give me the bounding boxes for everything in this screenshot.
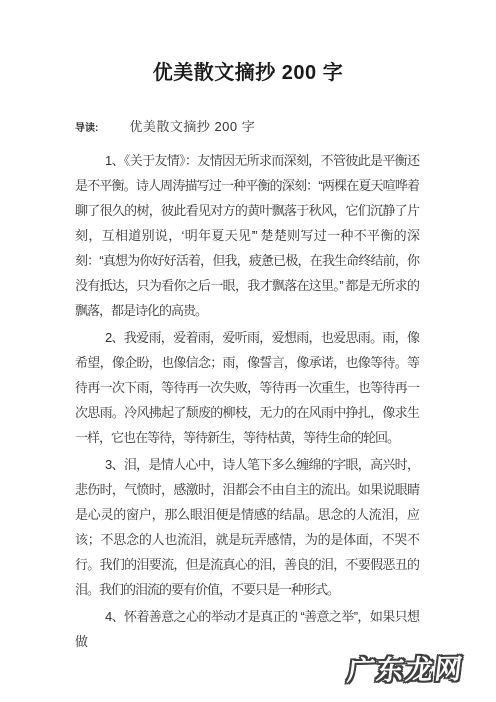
lead-row: 导读: 优美散文摘抄 200 字 — [75, 116, 419, 135]
body-paragraph: 3、泪，是情人心中，诗人笔下多么缠绵的字眼，高兴时，悲伤时，气愤时，感激时，泪都… — [75, 452, 419, 602]
body-paragraph: 2、我爱雨，爱着雨，爱听雨，爱想雨，也爱思雨。雨，像希望，像企盼，也像信念；雨，… — [75, 325, 419, 450]
article-body: 1、《关于友情》：友情因无所求而深刻，不管彼此是平衡还是不平衡。诗人周涛描写过一… — [75, 148, 419, 654]
body-paragraph: 4、怀着善意之心的举动才是真正的 “善意之举”，如果只想做 — [75, 604, 419, 654]
page-title: 优美散文摘抄 200 字 — [0, 58, 496, 88]
body-paragraph: 1、《关于友情》：友情因无所求而深刻，不管彼此是平衡还是不平衡。诗人周涛描写过一… — [75, 148, 419, 323]
document-page: 优美散文摘抄 200 字 导读: 优美散文摘抄 200 字 1、《关于友情》：友… — [0, 0, 496, 702]
site-watermark: 广东龙网 — [345, 647, 466, 688]
lead-text: 优美散文摘抄 200 字 — [129, 116, 255, 135]
lead-label: 导读: — [75, 119, 98, 134]
